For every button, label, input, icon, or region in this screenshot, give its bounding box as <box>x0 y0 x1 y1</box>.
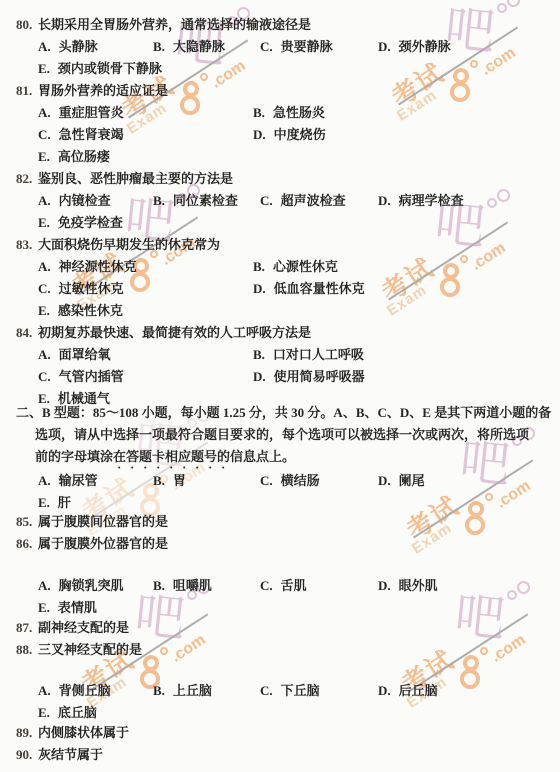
question-83-option-e: E.感染性休克 <box>16 300 560 322</box>
question-number: 83. <box>16 234 38 256</box>
option-text: 神经源性休克 <box>59 259 137 274</box>
option-label: A. <box>38 344 51 366</box>
scanned-exam-page: 吧 考试 .com Exam 吧 考试 .com Exam 吧 考试 .com … <box>0 0 560 772</box>
question-number: 86. <box>16 533 38 555</box>
option-text: 后丘脑 <box>399 683 438 698</box>
question-82-option-e: E.免疫学检查 <box>16 212 560 234</box>
option-label: B. <box>153 470 165 492</box>
group-1-options: A.输尿管 B.胃 C.横结肠 D.阑尾 <box>16 470 560 492</box>
option-label: C. <box>38 366 51 388</box>
option-e: E.感染性休克 <box>38 300 123 322</box>
option-b: B.大隐静脉 <box>153 36 225 58</box>
option-text: 高位肠瘘 <box>58 149 110 164</box>
question-81-options-ab: A.重症胆管炎 B.急性肠炎 <box>16 102 560 124</box>
option-text: 低血容量性休克 <box>274 281 365 296</box>
option-d: D.阑尾 <box>378 470 425 492</box>
option-label: C. <box>260 470 273 492</box>
option-text: 面罩给氧 <box>59 347 111 362</box>
question-90: 90.灰结节属于 <box>16 744 560 766</box>
question-83-options-ab: A.神经源性休克 B.心源性休克 <box>16 256 560 278</box>
option-label: D. <box>253 124 266 146</box>
option-label: B. <box>253 344 265 366</box>
option-d: D.眼外肌 <box>378 575 438 597</box>
question-number: 87. <box>16 617 38 639</box>
question-text: 属于腹膜外位器官的是 <box>38 536 168 551</box>
option-label: B. <box>153 36 165 58</box>
option-c: C.贵要静脉 <box>260 36 333 58</box>
option-e: E.免疫学检查 <box>38 212 123 234</box>
section-b-heading-line-3: 前的字母填涂在答题卡相应题号的信息点上。 <box>16 446 560 468</box>
option-label: A. <box>38 575 51 597</box>
option-c: C.急性肾衰竭 <box>38 124 124 146</box>
option-d: D.后丘脑 <box>378 680 438 702</box>
section-heading-text: B 型题：85～108 小题，每小题 1.25 分，共 30 分。A、B、C、D… <box>42 405 551 420</box>
option-c: C.过敏性休克 <box>38 278 124 300</box>
section-heading-text: 前的字母填涂 <box>35 449 113 464</box>
option-d: D.低血容量性休克 <box>253 278 365 300</box>
question-81-option-e: E.高位肠瘘 <box>16 146 560 168</box>
option-text: 颈外静脉 <box>399 39 451 54</box>
option-label: C. <box>38 278 51 300</box>
question-86: 86.属于腹膜外位器官的是 <box>16 533 560 555</box>
option-c: C.舌肌 <box>260 575 307 597</box>
option-label: E. <box>38 212 50 234</box>
option-label: D. <box>378 470 391 492</box>
question-80-option-e: E.颈内或锁骨下静脉 <box>16 58 560 80</box>
option-text: 舌肌 <box>281 578 307 593</box>
option-label: D. <box>378 190 391 212</box>
option-b: B.心源性休克 <box>253 256 338 278</box>
option-a: A.背侧丘脑 <box>38 680 111 702</box>
option-text: 背侧丘脑 <box>59 683 111 698</box>
option-text: 咀嚼肌 <box>173 578 212 593</box>
group-2-option-e: E.表情肌 <box>16 597 560 619</box>
option-text: 底丘脑 <box>58 705 97 720</box>
option-label: B. <box>253 102 265 124</box>
option-text: 肝 <box>58 495 71 510</box>
question-text: 鉴别良、恶性肿瘤最主要的方法是 <box>38 171 233 186</box>
option-d: D.中度烧伤 <box>253 124 326 146</box>
option-a: A.输尿管 <box>38 470 98 492</box>
option-b: B.口对口人工呼吸 <box>253 344 364 366</box>
section-heading-text: 信息点上。 <box>230 449 295 464</box>
question-81: 81.胃肠外营养的适应证是 <box>16 80 560 102</box>
option-text: 中度烧伤 <box>274 127 326 142</box>
option-c: C.横结肠 <box>260 470 320 492</box>
question-number: 80. <box>16 14 38 36</box>
group-3-options: A.背侧丘脑 B.上丘脑 C.下丘脑 D.后丘脑 <box>16 680 560 702</box>
option-text: 心源性休克 <box>273 259 338 274</box>
option-a: A.胸锁乳突肌 <box>38 575 124 597</box>
option-text: 横结肠 <box>281 473 320 488</box>
option-a: A.重症胆管炎 <box>38 102 124 124</box>
option-text: 重症胆管炎 <box>59 105 124 120</box>
option-text: 内镜检查 <box>59 193 111 208</box>
option-label: A. <box>38 680 51 702</box>
exam-content: 80.长期采用全胃肠外营养，通常选择的输液途径是 A.头静脉 B.大隐静脉 C.… <box>0 0 560 772</box>
option-label: A. <box>38 102 51 124</box>
option-label: D. <box>253 366 266 388</box>
question-85: 85.属于腹膜间位器官的是 <box>16 511 560 533</box>
option-label: C. <box>260 680 273 702</box>
group-3-option-e: E.底丘脑 <box>16 702 560 724</box>
question-number: 90. <box>16 744 38 766</box>
option-text: 胸锁乳突肌 <box>59 578 124 593</box>
option-text: 感染性休克 <box>58 303 123 318</box>
question-text: 长期采用全胃肠外营养，通常选择的输液途径是 <box>38 17 311 32</box>
option-text: 下丘脑 <box>281 683 320 698</box>
option-text: 头静脉 <box>59 39 98 54</box>
question-text: 三叉神经支配的是 <box>38 642 142 657</box>
option-text: 口对口人工呼吸 <box>273 347 364 362</box>
question-text: 灰结节属于 <box>38 747 103 762</box>
option-b: B.胃 <box>153 470 186 492</box>
group-2-options: A.胸锁乳突肌 B.咀嚼肌 C.舌肌 D.眼外肌 <box>16 575 560 597</box>
option-text: 使用简易呼吸器 <box>274 369 365 384</box>
question-84: 84.初期复苏最快速、最简捷有效的人工呼吸方法是 <box>16 322 560 344</box>
option-b: B.上丘脑 <box>153 680 212 702</box>
question-82: 82.鉴别良、恶性肿瘤最主要的方法是 <box>16 168 560 190</box>
option-label: D. <box>378 575 391 597</box>
option-e: E.高位肠瘘 <box>38 146 110 168</box>
section-b-heading-line-1: 二、B 型题：85～108 小题，每小题 1.25 分，共 30 分。A、B、C… <box>16 402 560 424</box>
option-label: A. <box>38 190 51 212</box>
option-a: A.面罩给氧 <box>38 344 111 366</box>
option-text: 表情肌 <box>58 600 97 615</box>
question-number: 84. <box>16 322 38 344</box>
section-heading-emphasized-text: 在答题卡相应题号的 <box>113 449 230 464</box>
option-text: 气管内插管 <box>59 369 124 384</box>
question-number: 89. <box>16 722 38 744</box>
question-text: 属于腹膜间位器官的是 <box>38 514 168 529</box>
option-label: E. <box>38 597 50 619</box>
option-e: E.颈内或锁骨下静脉 <box>38 58 162 80</box>
option-label: A. <box>38 256 51 278</box>
option-text: 贵要静脉 <box>281 39 333 54</box>
question-89: 89.内侧膝状体属于 <box>16 722 560 744</box>
question-number: 81. <box>16 80 38 102</box>
option-label: B. <box>153 575 165 597</box>
section-b-heading-line-2: 选项，请从中选择一项最符合题目要求的，每个选项可以被选择一次或两次，将所选项 <box>16 424 560 446</box>
option-c: C.下丘脑 <box>260 680 320 702</box>
option-text: 过敏性休克 <box>59 281 124 296</box>
option-e: E.表情肌 <box>38 597 97 619</box>
question-80-options: A.头静脉 B.大隐静脉 C.贵要静脉 D.颈外静脉 <box>16 36 560 58</box>
option-b: B.急性肠炎 <box>253 102 325 124</box>
option-label: B. <box>153 680 165 702</box>
option-d: D.使用简易呼吸器 <box>253 366 365 388</box>
option-label: E. <box>38 702 50 724</box>
option-label: C. <box>260 36 273 58</box>
option-label: C. <box>260 575 273 597</box>
question-83: 83.大面积烧伤早期发生的休克常为 <box>16 234 560 256</box>
question-text: 大面积烧伤早期发生的休克常为 <box>38 237 220 252</box>
option-c: C.气管内插管 <box>38 366 124 388</box>
option-label: B. <box>153 190 165 212</box>
option-label: C. <box>260 190 273 212</box>
question-81-options-cd: C.急性肾衰竭 D.中度烧伤 <box>16 124 560 146</box>
option-text: 阑尾 <box>399 473 425 488</box>
question-87: 87.副神经支配的是 <box>16 617 560 639</box>
section-heading-text: 选项，请从中选择一项最符合题目要求的，每个选项可以被选择一次或两次，将所选项 <box>35 427 529 442</box>
option-label: A. <box>38 470 51 492</box>
question-text: 胃肠外营养的适应证是 <box>38 83 168 98</box>
question-80: 80.长期采用全胃肠外营养，通常选择的输液途径是 <box>16 14 560 36</box>
option-label: A. <box>38 36 51 58</box>
question-text: 初期复苏最快速、最简捷有效的人工呼吸方法是 <box>38 325 311 340</box>
question-text: 内侧膝状体属于 <box>38 725 129 740</box>
option-text: 颈内或锁骨下静脉 <box>58 61 162 76</box>
option-text: 大隐静脉 <box>173 39 225 54</box>
option-text: 同位素检查 <box>173 193 238 208</box>
option-label: D. <box>378 36 391 58</box>
option-e: E.底丘脑 <box>38 702 97 724</box>
section-marker: 二、 <box>16 402 42 424</box>
question-84-options-ab: A.面罩给氧 B.口对口人工呼吸 <box>16 344 560 366</box>
question-number: 82. <box>16 168 38 190</box>
option-label: E. <box>38 146 50 168</box>
option-text: 眼外肌 <box>399 578 438 593</box>
option-label: E. <box>38 58 50 80</box>
question-83-options-cd: C.过敏性休克 D.低血容量性休克 <box>16 278 560 300</box>
question-84-options-cd: C.气管内插管 D.使用简易呼吸器 <box>16 366 560 388</box>
question-82-options: A.内镜检查 B.同位素检查 C.超声波检查 D.病理学检查 <box>16 190 560 212</box>
option-text: 上丘脑 <box>173 683 212 698</box>
question-text: 副神经支配的是 <box>38 620 129 635</box>
question-88: 88.三叉神经支配的是 <box>16 639 560 661</box>
option-text: 免疫学检查 <box>58 215 123 230</box>
option-b: B.同位素检查 <box>153 190 238 212</box>
option-text: 输尿管 <box>59 473 98 488</box>
option-c: C.超声波检查 <box>260 190 346 212</box>
option-label: C. <box>38 124 51 146</box>
option-b: B.咀嚼肌 <box>153 575 212 597</box>
option-text: 急性肾衰竭 <box>59 127 124 142</box>
option-text: 急性肠炎 <box>273 105 325 120</box>
option-d: D.病理学检查 <box>378 190 464 212</box>
option-a: A.内镜检查 <box>38 190 111 212</box>
option-label: B. <box>253 256 265 278</box>
option-text: 胃 <box>173 473 186 488</box>
option-label: D. <box>253 278 266 300</box>
option-d: D.颈外静脉 <box>378 36 451 58</box>
option-label: E. <box>38 300 50 322</box>
option-a: A.头静脉 <box>38 36 98 58</box>
option-a: A.神经源性休克 <box>38 256 137 278</box>
question-number: 85. <box>16 511 38 533</box>
option-text: 病理学检查 <box>399 193 464 208</box>
option-label: D. <box>378 680 391 702</box>
option-text: 超声波检查 <box>281 193 346 208</box>
question-number: 88. <box>16 639 38 661</box>
